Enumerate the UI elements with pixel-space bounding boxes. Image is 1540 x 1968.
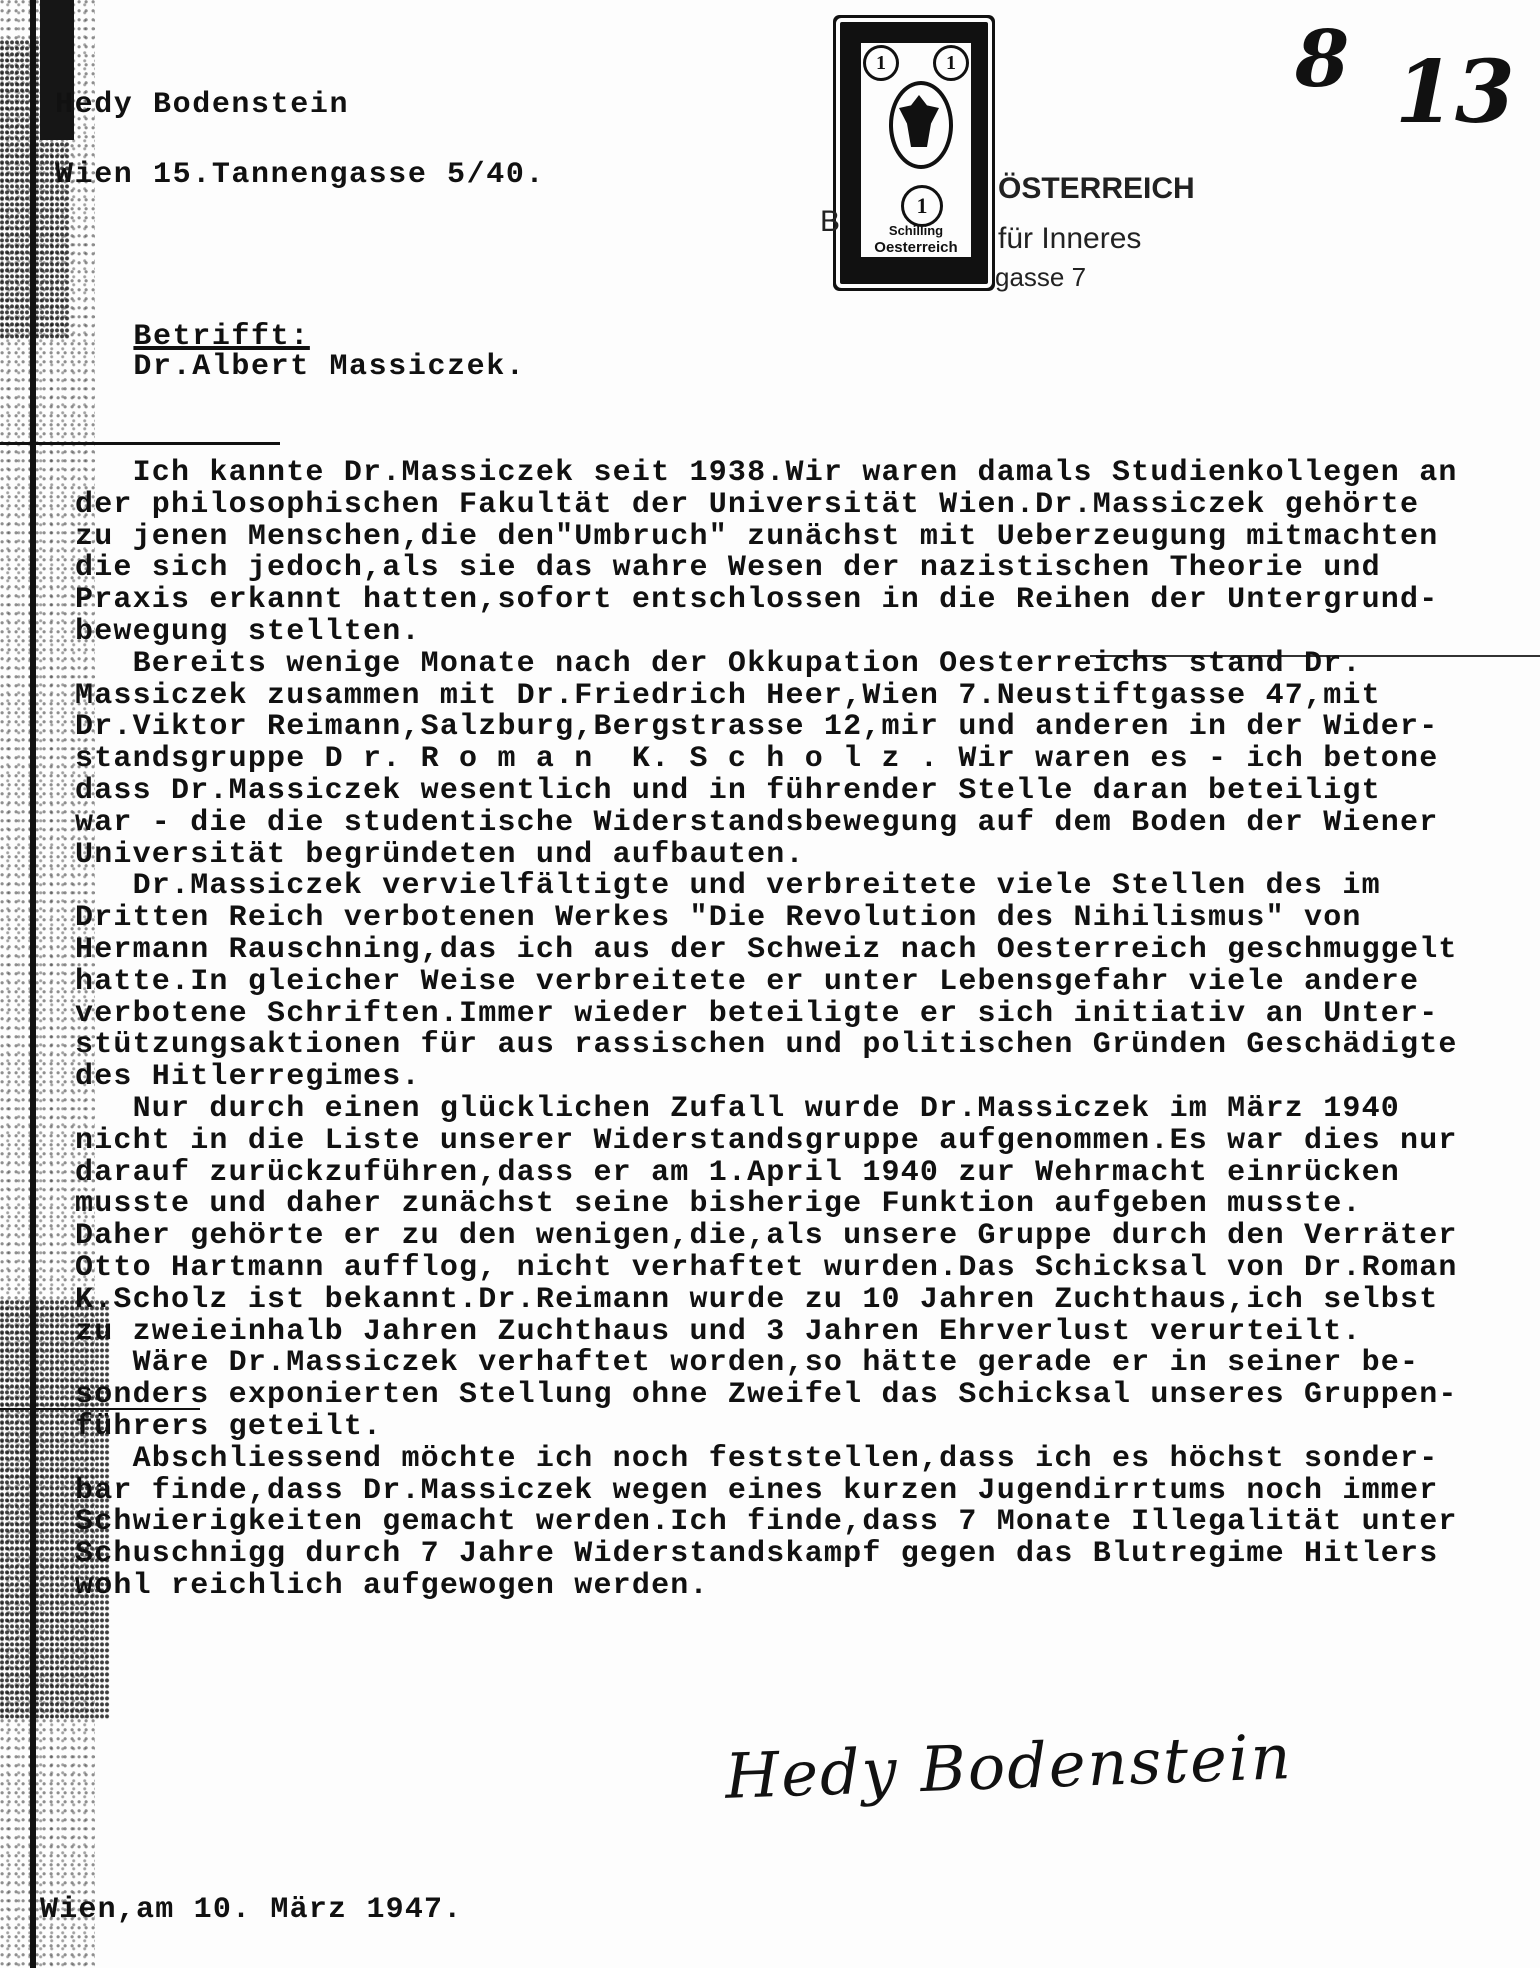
body-line: sonders exponierten Stellung ohne Zweife… (75, 1380, 1458, 1410)
body-line: Wäre Dr.Massiczek verhaftet worden,so hä… (75, 1348, 1419, 1378)
sender-name: Hedy Bodenstein (55, 90, 349, 120)
scanned-letter-page: Hedy Bodenstein Wien 15.Tannengasse 5/40… (0, 0, 1540, 1968)
subject-text: Dr.Albert Massiczek. (133, 350, 525, 384)
stamp-inner-frame: 1 1 1 Schilling Oesterreich (858, 40, 974, 260)
subject-line: Betrifft: Dr.Albert Massiczek. (55, 292, 525, 412)
body-line: Schuschnigg durch 7 Jahre Widerstandskam… (75, 1539, 1438, 1569)
body-line: Hermann Rauschning,das ich aus der Schwe… (75, 935, 1458, 965)
place-date-line: Wien,am 10. März 1947. (40, 1893, 462, 1927)
revenue-stamp: 1 1 1 Schilling Oesterreich (840, 22, 988, 284)
body-line: bar finde,dass Dr.Massiczek wegen eines … (75, 1476, 1438, 1506)
body-line: stützungsaktionen für aus rassischen und… (75, 1030, 1458, 1060)
margin-rule-vertical (30, 0, 36, 1968)
stamp-corner-value-left: 1 (863, 45, 899, 81)
body-line: Schwierigkeiten gemacht werden.Ich finde… (75, 1507, 1458, 1537)
handwritten-ref-right: 13 (1395, 42, 1515, 143)
body-line: war - die die studentische Widerstandsbe… (75, 808, 1438, 838)
body-line: Dr.Viktor Reimann,Salzburg,Bergstrasse 1… (75, 712, 1438, 742)
stamp-center-value: 1 (901, 185, 943, 227)
body-line: zu zweieinhalb Jahren Zuchthaus und 3 Ja… (75, 1317, 1362, 1347)
body-line: zu jenen Menschen,die den"Umbruch" zunäc… (75, 522, 1438, 552)
body-line: die sich jedoch,als sie das wahre Wesen … (75, 553, 1381, 583)
stamp-country: Oesterreich (869, 239, 963, 256)
stamp-overprint-prefix: B (820, 205, 840, 239)
body-line: musste und daher zunächst seine bisherig… (75, 1189, 1362, 1219)
stamp-overprint-line-2: für Inneres (998, 222, 1141, 256)
body-line: Daher gehörte er zu den wenigen,die,als … (75, 1221, 1458, 1251)
handwritten-signature: Hedy Bodenstein (724, 1720, 1294, 1813)
body-line: Massiczek zusammen mit Dr.Friedrich Heer… (75, 681, 1381, 711)
body-line: führers geteilt. (75, 1412, 382, 1442)
body-line: Bereits wenige Monate nach der Okkupatio… (75, 649, 1362, 679)
body-line: Dritten Reich verbotenen Werkes "Die Rev… (75, 903, 1362, 933)
body-line: darauf zurückzuführen,dass er am 1.April… (75, 1158, 1400, 1188)
body-line: des Hitlerregimes. (75, 1062, 421, 1092)
body-line: wohl reichlich aufgewogen werden. (75, 1571, 709, 1601)
body-line: K.Scholz ist bekannt.Dr.Reimann wurde zu… (75, 1285, 1438, 1315)
body-line: bewegung stellten. (75, 617, 421, 647)
body-line: hatte.In gleicher Weise verbreitete er u… (75, 967, 1419, 997)
body-line: dass Dr.Massiczek wesentlich und in führ… (75, 776, 1381, 806)
stamp-overprint-line-1: ÖSTERREICH (998, 172, 1195, 206)
stamp-currency: Schilling (869, 223, 963, 238)
body-line: Dr.Massiczek vervielfältigte und verbrei… (75, 871, 1381, 901)
body-line: der philosophischen Fakultät der Univers… (75, 490, 1419, 520)
fold-line-upper (0, 442, 280, 445)
body-line: nicht in die Liste unserer Widerstandsgr… (75, 1126, 1458, 1156)
body-line: verbotene Schriften.Immer wieder beteili… (75, 999, 1438, 1029)
body-line: Nur durch einen glücklichen Zufall wurde… (75, 1094, 1400, 1124)
subject-label: Betrifft: (133, 320, 309, 354)
sender-address: Wien 15.Tannengasse 5/40. (55, 160, 545, 190)
body-line: standsgruppe D r. R o m a n K. S c h o l… (75, 744, 1438, 774)
stamp-overprint-line-3: gasse 7 (995, 262, 1086, 293)
body-line: Otto Hartmann aufflog, nicht verhaftet w… (75, 1253, 1458, 1283)
body-line: Abschliessend möchte ich noch feststelle… (75, 1444, 1438, 1474)
body-line: Praxis erkannt hatten,sofort entschlosse… (75, 585, 1438, 615)
body-line: Universität begründeten und aufbauten. (75, 840, 805, 870)
body-line: Ich kannte Dr.Massiczek seit 1938.Wir wa… (75, 458, 1458, 488)
handwritten-ref-left: 8 (1295, 14, 1349, 105)
stamp-corner-value-right: 1 (933, 45, 969, 81)
